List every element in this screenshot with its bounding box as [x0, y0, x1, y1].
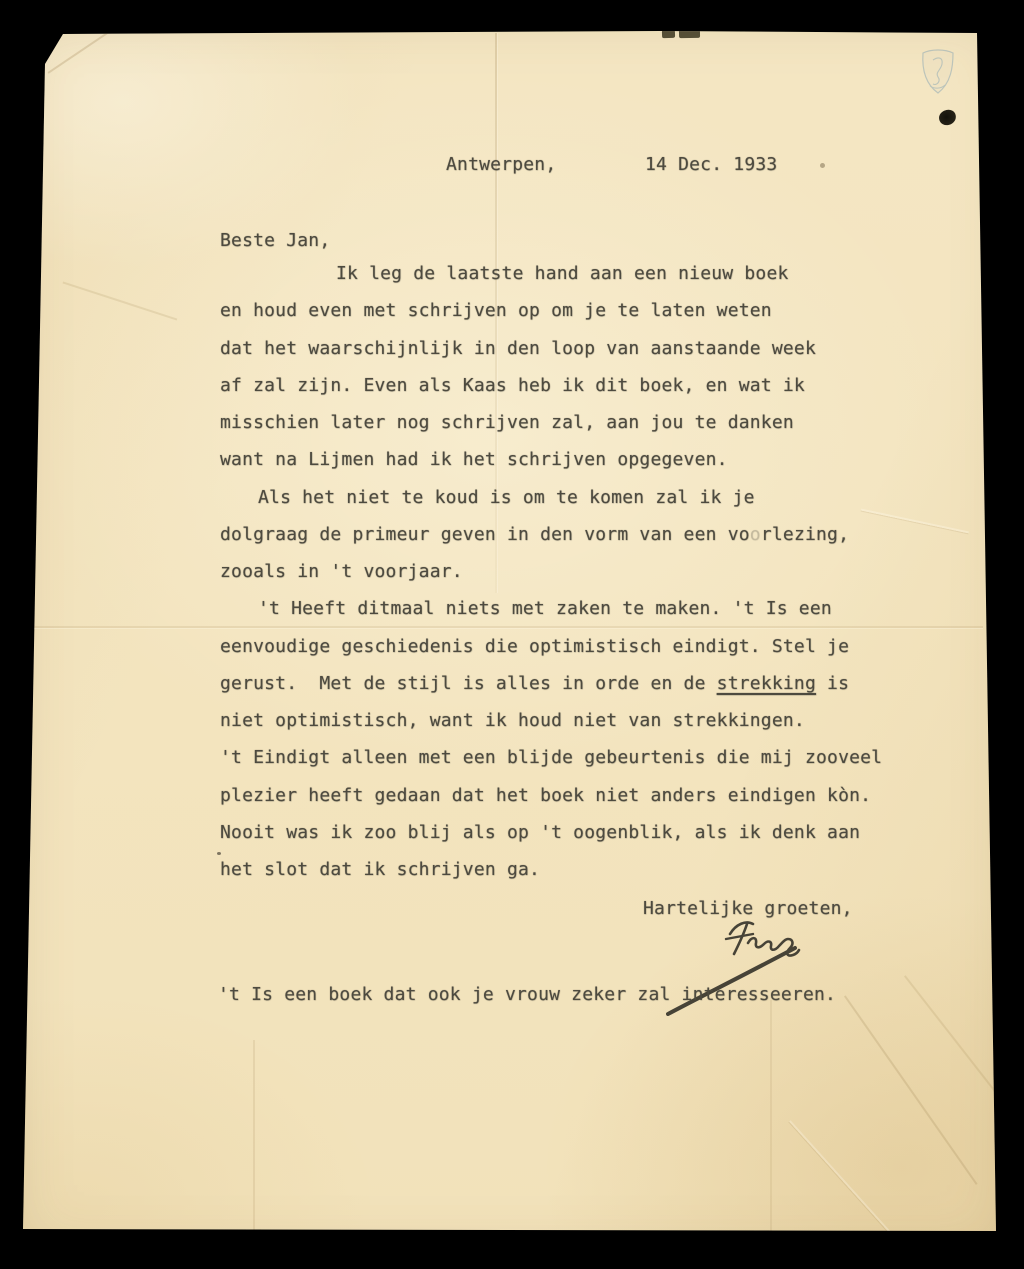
text-segment: Als het niet te koud is om te komen zal … [258, 487, 755, 508]
text-segment: dolgraag de primeur geven in den vorm va… [220, 524, 750, 545]
wrinkle-line [253, 1040, 255, 1230]
salutation: Beste Jan, [220, 229, 330, 253]
letter-body-line: misschien later nog schrijven zal, aan j… [220, 411, 882, 448]
corner-wrinkle [48, 0, 157, 73]
letter-paper: Antwerpen, 14 Dec. 1933 Beste Jan, Ik le… [0, 0, 1024, 1269]
letter-body-line: Nooit was ik zoo blij als op 't oogenbli… [220, 821, 882, 858]
text-segment: 't Eindigt alleen met een blijde gebeurt… [220, 747, 882, 768]
ink-blot [937, 108, 957, 127]
dateline-date: 14 Dec. 1933 [645, 153, 777, 177]
letter-body-line: 't Heeft ditmaal niets met zaken te make… [220, 597, 882, 634]
letter-body-line: dolgraag de primeur geven in den vorm va… [220, 523, 882, 560]
text-segment: o [750, 524, 761, 545]
text-segment: af zal zijn. Even als Kaas heb ik dit bo… [220, 375, 805, 396]
text-segment: niet optimistisch, want ik houd niet van… [220, 710, 805, 731]
cut-off-text-remnant [679, 29, 700, 38]
letter-body-line: 't Eindigt alleen met een blijde gebeurt… [220, 746, 882, 783]
cut-off-text-remnant [662, 30, 675, 38]
paper-speck [820, 163, 825, 168]
text-segment: en houd even met schrijven op om je te l… [220, 300, 772, 321]
letter-body-line: en houd even met schrijven op om je te l… [220, 299, 882, 336]
letter-body-line: Ik leg de laatste hand aan een nieuw boe… [220, 262, 882, 299]
text-segment: misschien later nog schrijven zal, aan j… [220, 412, 794, 433]
text-segment: plezier heeft gedaan dat het boek niet a… [220, 785, 871, 806]
letter-body-line: niet optimistisch, want ik houd niet van… [220, 709, 882, 746]
letter-body: Ik leg de laatste hand aan een nieuw boe… [220, 262, 882, 895]
text-segment: zooals in 't voorjaar. [220, 561, 463, 582]
text-segment: Ik leg de laatste hand aan een nieuw boe… [336, 263, 789, 284]
dateline-city: Antwerpen, [446, 153, 556, 177]
text-segment: want na Lijmen had ik het schrijven opge… [220, 449, 728, 470]
letter-body-line: het slot dat ik schrijven ga. [220, 858, 882, 895]
postscript-line: 't Is een boek dat ook je vrouw zeker za… [218, 983, 836, 1007]
text-segment: Nooit was ik zoo blij als op 't oogenbli… [220, 822, 860, 843]
wrinkle-line [789, 1120, 890, 1232]
text-segment: is [816, 673, 849, 694]
text-segment: het slot dat ik schrijven ga. [220, 859, 540, 880]
scan-background: { "letter": { "dateline": { "city": "Ant… [0, 0, 1024, 1269]
wrinkle-line [63, 281, 178, 320]
text-segment: 't Heeft ditmaal niets met zaken te make… [258, 598, 832, 619]
wrinkle-line [770, 1000, 772, 1231]
letter-body-line: gerust. Met de stijl is alles in orde en… [220, 672, 882, 709]
letter-body-line: plezier heeft gedaan dat het boek niet a… [220, 784, 882, 821]
letter-body-line: eenvoudige geschiedenis die optimistisch… [220, 635, 882, 672]
letter-body-line: dat het waarschijnlijk in den loop van a… [220, 337, 882, 374]
letter-body-line: Als het niet te koud is om te komen zal … [220, 486, 882, 523]
text-segment: gerust. Met de stijl is alles in orde en… [220, 673, 717, 694]
wrinkle-line [844, 995, 977, 1184]
letter-body-line: want na Lijmen had ik het schrijven opge… [220, 448, 882, 485]
text-segment: dat het waarschijnlijk in den loop van a… [220, 338, 816, 359]
wrinkle-line [904, 975, 1022, 1126]
letter-body-line: zooals in 't voorjaar. [220, 560, 882, 597]
text-segment: rlezing, [761, 524, 849, 545]
text-segment: eenvoudige geschiedenis die optimistisch… [220, 636, 849, 657]
letter-body-line: af zal zijn. Even als Kaas heb ik dit bo… [220, 374, 882, 411]
shield-stamp-icon [915, 46, 961, 98]
underlined-word: strekking [717, 673, 816, 694]
